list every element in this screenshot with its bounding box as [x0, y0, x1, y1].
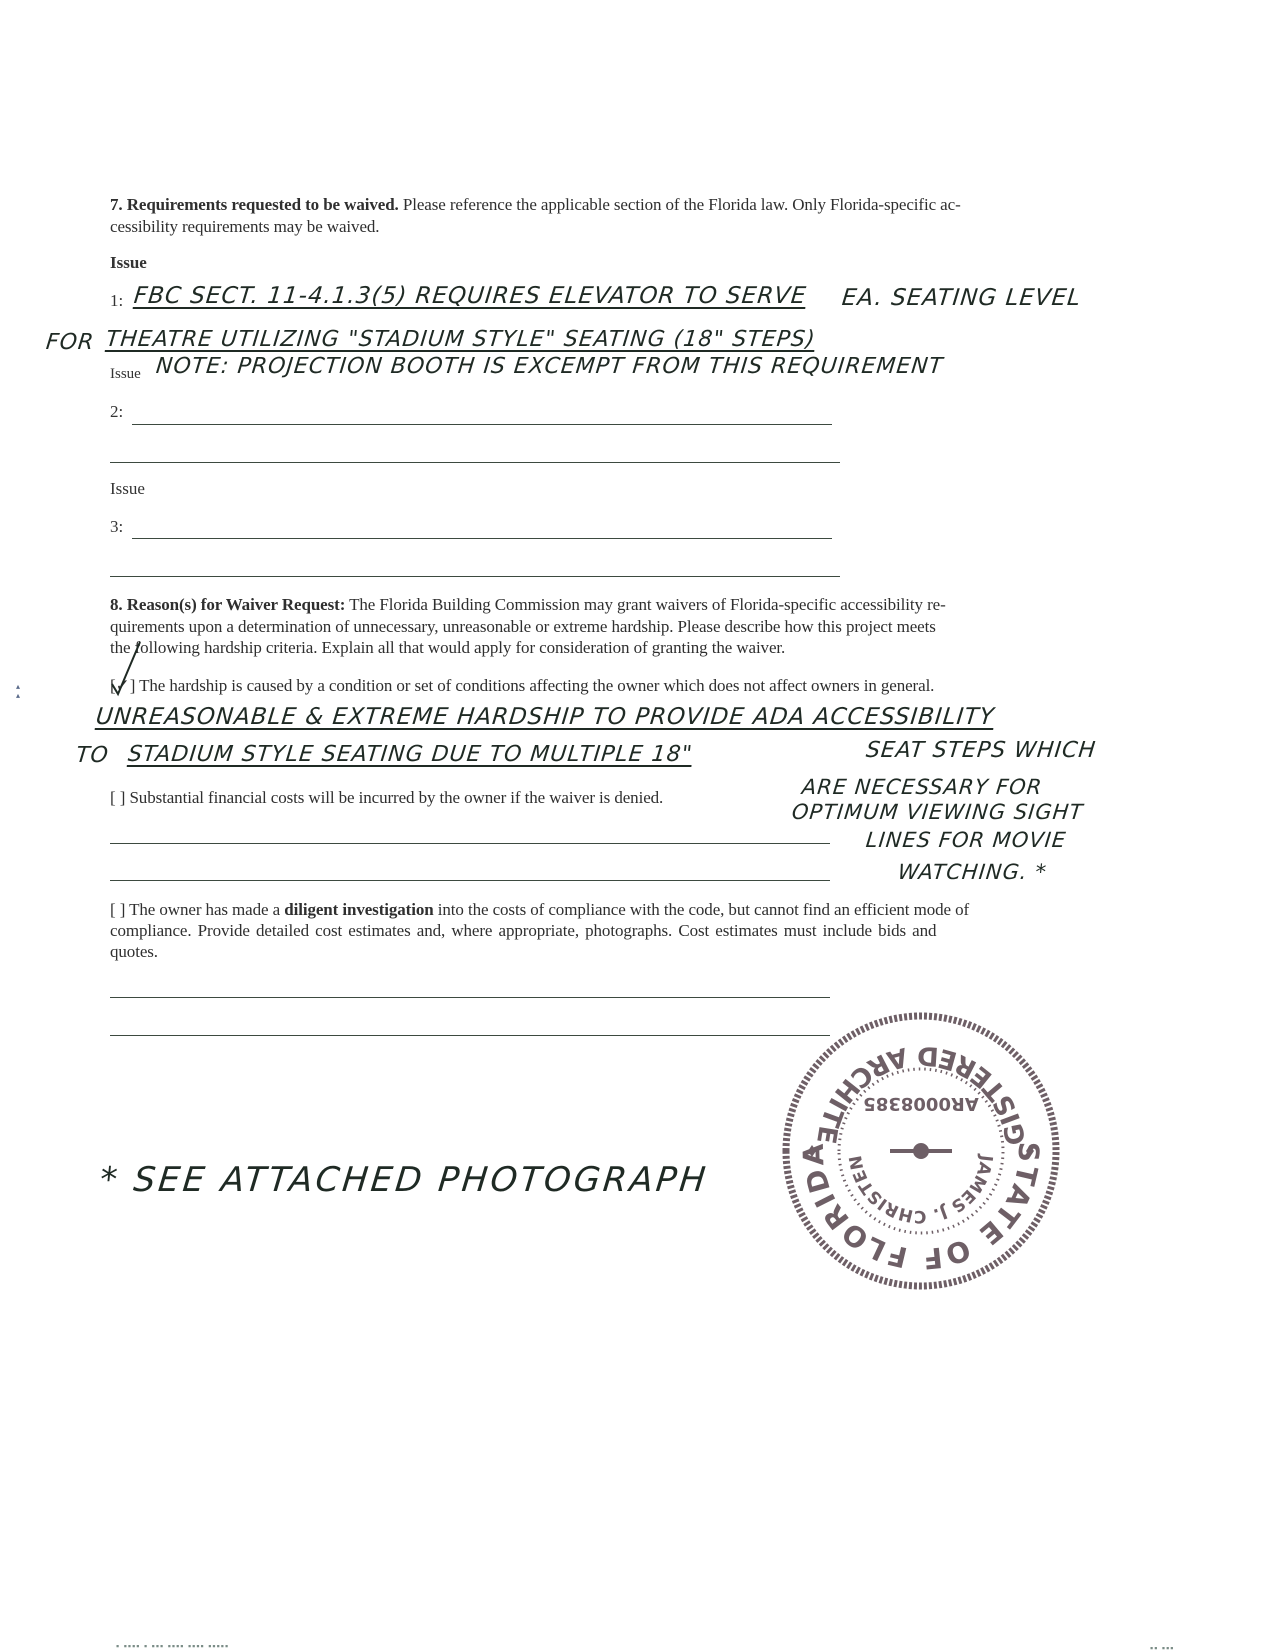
svg-text:JAMES J. CHRISTEN: JAMES J. CHRISTEN	[846, 1153, 996, 1226]
issue-1-note[interactable]: NOTE: PROJECTION BOOTH IS EXCEMPT FROM T…	[155, 354, 945, 379]
criterion-2-checkbox[interactable]: [ ]	[110, 787, 125, 809]
issue-2-line-2[interactable]	[110, 462, 840, 463]
issue-3-line-1[interactable]	[132, 538, 832, 539]
seal-name-text: JAMES J. CHRISTEN	[846, 1153, 996, 1226]
section-8-instructions: The Florida Building Commission may gran…	[345, 595, 945, 614]
section-7-heading: 7. Requirements requested to be waived. …	[110, 194, 1120, 216]
issue-2-label: Issue	[110, 366, 141, 383]
criterion-3-text-before: The owner has made a	[129, 900, 284, 919]
criterion-1: [✓] The hardship is caused by a conditio…	[110, 675, 934, 697]
section-7-title: 7. Requirements requested to be waived.	[110, 195, 399, 214]
criterion-1-handwritten-line3[interactable]: ARE NECESSARY FOR	[801, 775, 1044, 799]
issue-3-number: 3:	[110, 517, 123, 537]
criterion-1-handwritten-line4[interactable]: OPTIMUM VIEWING SIGHT	[791, 800, 1085, 824]
section-7-instructions: Please reference the applicable section …	[399, 195, 961, 214]
issue-1-handwritten-line1b[interactable]: EA. SEATING LEVEL	[841, 285, 1083, 311]
issue-1-handwritten-line2[interactable]: THEATRE UTILIZING "STADIUM STYLE" SEATIN…	[105, 327, 817, 352]
criterion-3-line-2[interactable]	[110, 1035, 830, 1036]
criterion-1-text: The hardship is caused by a condition or…	[139, 676, 934, 695]
seal-stamp-icon: STATE OF FLORIDA REGISTERED ARCHITECT JA…	[778, 1008, 1064, 1294]
criterion-3-text-bold: diligent investigation	[284, 900, 433, 919]
seal-license-text: AR0008385	[863, 1093, 978, 1114]
criterion-1-handwritten-to[interactable]: TO	[75, 743, 110, 768]
issue-1-label: Issue	[110, 253, 147, 273]
section-7-instructions-line2: cessibility requirements may be waived.	[110, 216, 379, 238]
criterion-3-text-line3: quotes.	[110, 941, 158, 963]
criterion-1-handwritten-line6[interactable]: WATCHING. *	[897, 860, 1048, 884]
criterion-2-line-2[interactable]	[110, 880, 830, 881]
criterion-1-handwritten-line5[interactable]: LINES FOR MOVIE	[865, 828, 1068, 852]
section-8-instructions-line2: quirements upon a determination of unnec…	[110, 616, 936, 638]
criterion-1-handwritten-line2b[interactable]: SEAT STEPS WHICH	[865, 738, 1098, 763]
issue-1-number: 1:	[110, 291, 123, 311]
criterion-3: [ ] The owner has made a diligent invest…	[110, 899, 1120, 921]
section-8-title: 8. Reason(s) for Waiver Request:	[110, 595, 345, 614]
issue-2-number: 2:	[110, 402, 123, 422]
scan-margin-mark: ▴▴	[16, 682, 20, 700]
issue-1-handwritten-line1[interactable]: FBC SECT. 11-4.1.3(5) REQUIRES ELEVATOR …	[133, 283, 808, 309]
issue-3-line-2[interactable]	[110, 576, 840, 577]
scan-page-mark: ▪▪ ▪▪▪	[1150, 1643, 1174, 1651]
section-8-heading: 8. Reason(s) for Waiver Request: The Flo…	[110, 594, 1130, 616]
criterion-3-checkbox[interactable]: [ ]	[110, 899, 125, 921]
criterion-1-handwritten-line1[interactable]: UNREASONABLE & EXTREME HARDSHIP TO PROVI…	[95, 704, 996, 730]
criterion-2-text: Substantial financial costs will be incu…	[129, 788, 663, 807]
criterion-2: [ ] Substantial financial costs will be …	[110, 787, 663, 809]
criterion-3-text-after: into the costs of compliance with the co…	[434, 900, 969, 919]
issue-2-line-1[interactable]	[132, 424, 832, 425]
criterion-3-line-1[interactable]	[110, 997, 830, 998]
checkmark-icon	[106, 640, 146, 700]
criterion-1-handwritten-line2[interactable]: STADIUM STYLE SEATING DUE TO MULTIPLE 18…	[127, 742, 694, 767]
section-8-instructions-line3: the following hardship criteria. Explain…	[110, 637, 785, 659]
issue-1-handwritten-for[interactable]: FOR	[45, 330, 96, 355]
criterion-2-line-1[interactable]	[110, 843, 830, 844]
criterion-3-text-line2: compliance. Provide detailed cost estima…	[110, 920, 936, 942]
architect-seal: STATE OF FLORIDA REGISTERED ARCHITECT JA…	[778, 1008, 1064, 1294]
issue-3-label: Issue	[110, 479, 145, 499]
footnote-see-attached-photograph[interactable]: * SEE ATTACHED PHOTOGRAPH	[98, 1160, 710, 1200]
scan-footer-artifact: ▪ ▪▪▪▪ ▪ ▪▪▪ ▪▪▪▪ ▪▪▪▪ ▪▪▪▪▪	[116, 1641, 229, 1651]
